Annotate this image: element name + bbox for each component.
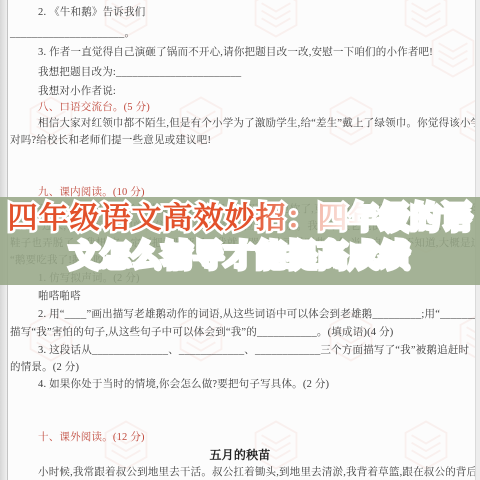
scanned-exam-page: 2. 《牛和鹅》告诉我们_____________________。3. 作者一… [0,0,480,480]
document-line: _____________________。 [10,27,135,41]
document-line: 2. 《牛和鹅》告诉我们 [38,6,145,20]
overlay-band [0,197,480,285]
document-line: 啪嗒啪嗒 [38,290,81,304]
document-line: 小时候,我常跟着叔公到地里去干活。叔公扛着锄头,到地里去清淤,我背着草篮,跟在叔… [38,466,480,480]
document-line: 对吗?给校长和老师们提一些意见或建议吧! [10,134,211,148]
document-line: 描写“我”害怕的句子,从这些句子中可以体会到“我”的___________。(填… [10,326,393,340]
document-line: 3. 这段话从______________、____________、_____… [38,344,469,358]
document-line: 的情景。(2 分) [10,361,79,375]
document-line: 3. 作者一直觉得自己演砸了锅而不开心,请你把题目改一改,安慰一下咱们的小作者吧… [38,46,433,60]
document-line: 4. 如果你处于当时的情境,你会怎么做?要把句子写具体。(2 分) [38,378,329,392]
passage-title: 五月的秧苗 [0,448,480,462]
document-line: 2. 用“____”画出描写老雄鹅动作的词语,从这些词语中可以体会到老雄鹅___… [38,308,480,322]
document-line: 我想把题目改为:_______________________ [38,66,241,80]
document-line: 相信大家对红领巾都不陌生,但是有个小学为了激励学生,给“差生”戴上了绿领巾。你觉… [38,117,480,131]
section-heading: 十、课外阅读。(12 分) [38,431,145,445]
document-line: 我想对小作者说: [38,85,116,99]
section-heading: 八、口语交流台。(5 分) [38,101,150,115]
